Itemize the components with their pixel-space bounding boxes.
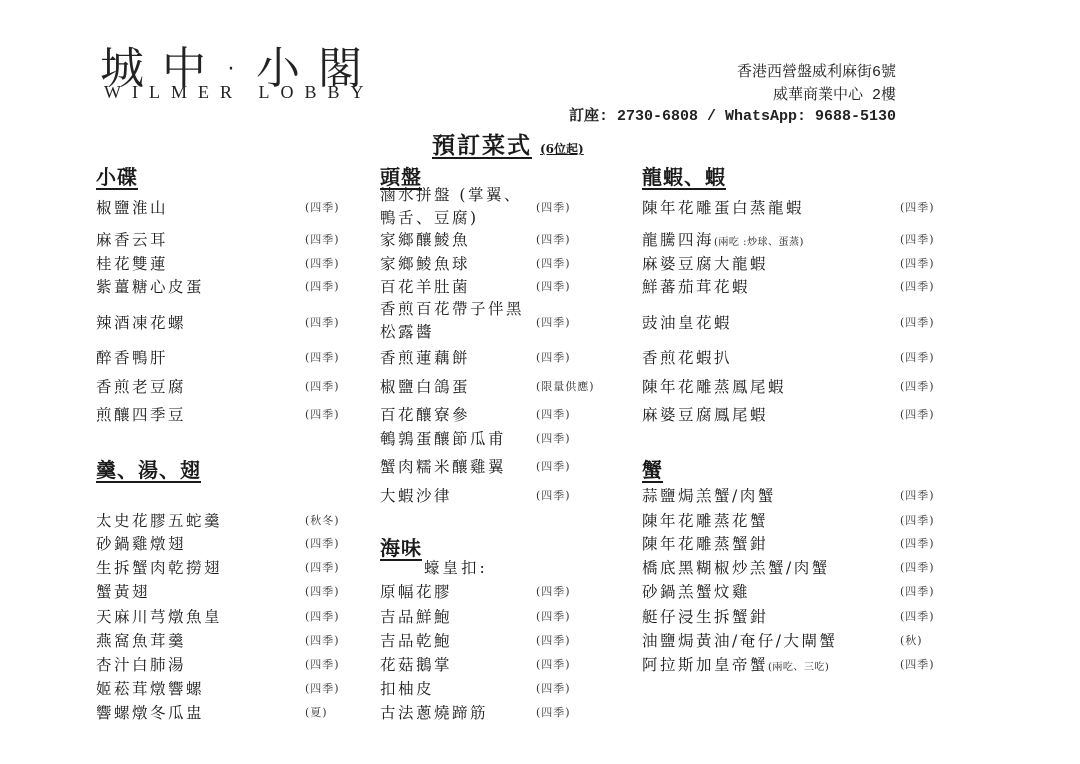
menu-item: 蟹肉糯米釀雞翼 [380, 455, 506, 477]
season-tag: (四季) [900, 608, 935, 624]
season-tag: (四季) [900, 314, 935, 330]
item-note: (兩吃、三吃) [768, 662, 829, 673]
season-tag: (四季) [305, 680, 340, 696]
menu-item: 香煎老豆腐 [96, 375, 186, 397]
season-tag: (四季) [536, 583, 571, 599]
season-tag: (四季) [536, 278, 571, 294]
season-tag: (秋) [900, 632, 923, 648]
section-heading-lobster-prawn: 龍蝦、蝦 [642, 161, 726, 190]
season-tag: (四季) [900, 512, 935, 528]
season-tag: (四季) [900, 406, 935, 422]
menu-item: 龍騰四海(兩吃 :炒球、蛋蒸) [642, 228, 804, 250]
menu-item: 太史花膠五蛇羹 [96, 509, 222, 531]
season-tag: (四季) [305, 199, 340, 215]
season-tag: (四季) [305, 608, 340, 624]
season-tag: (四季) [900, 199, 935, 215]
menu-item: 生拆蟹肉乾撈翅 [96, 556, 222, 578]
season-tag: (四季) [536, 231, 571, 247]
season-tag: (四季) [536, 199, 571, 215]
address-line-2: 威華商業中心 2樓 [773, 83, 896, 104]
season-tag: (四季) [536, 656, 571, 672]
season-tag: (四季) [536, 704, 571, 720]
season-tag: (四季) [305, 583, 340, 599]
season-tag: (四季) [536, 632, 571, 648]
season-tag: (四季) [900, 535, 935, 551]
season-tag: (四季) [536, 314, 571, 330]
menu-item: 阿拉斯加皇帝蟹(兩吃、三吃) [642, 653, 829, 675]
menu-item: 扣柚皮 [380, 677, 434, 699]
logo-english: WILMER LOBBY [104, 82, 375, 103]
season-tag: (四季) [305, 632, 340, 648]
menu-title: 預訂菜式(6位起) [432, 127, 584, 160]
menu-item: 醉香鴨肝 [96, 346, 168, 368]
menu-item: 響螺燉冬瓜盅 [96, 701, 204, 723]
menu-item: 大蝦沙律 [380, 484, 452, 506]
menu-item: 天麻川芎燉魚皇 [96, 605, 222, 627]
menu-item: 陳年花雕蒸花蟹 [642, 509, 768, 531]
menu-item: 紫薑糖心皮蛋 [96, 275, 204, 297]
season-tag: (四季) [900, 559, 935, 575]
menu-item: 豉油皇花蝦 [642, 311, 732, 333]
season-tag: (四季) [305, 559, 340, 575]
menu-item: 姬菘茸燉響螺 [96, 677, 204, 699]
menu-item: 香煎蓮藕餅 [380, 346, 470, 368]
season-tag: (四季) [536, 430, 571, 446]
section-heading-crab: 蟹 [642, 454, 663, 483]
menu-item: 家鄉鯪魚球 [380, 252, 470, 274]
address-line-1: 香港西營盤威利麻街6號 [737, 60, 896, 81]
menu-item: 燕窩魚茸羹 [96, 629, 186, 651]
menu-item: 辣酒凍花螺 [96, 311, 186, 333]
season-tag: (四季) [900, 583, 935, 599]
menu-item: 桂花雙蓮 [96, 252, 168, 274]
menu-item: 蟹黃翅 [96, 580, 150, 602]
menu-item: 古法蔥燒蹄筋 [380, 701, 488, 723]
contact-line: 訂座: 2730-6808 / WhatsApp: 9688-5130 [569, 104, 896, 125]
menu-item: 砂鍋雞燉翅 [96, 532, 186, 554]
season-tag: (限量供應) [536, 378, 595, 394]
season-tag: (四季) [305, 406, 340, 422]
menu-title-sub: (6位起) [540, 142, 584, 156]
section-heading-soups: 羹、湯、翅 [96, 454, 201, 483]
menu-item: 香煎花蝦扒 [642, 346, 732, 368]
menu-item: 椒鹽淮山 [96, 196, 168, 218]
season-tag: (四季) [536, 349, 571, 365]
season-tag: (四季) [305, 378, 340, 394]
season-tag: (夏) [305, 704, 328, 720]
menu-item: 滷水拼盤 (掌翼、鴨舌、豆腐) [380, 184, 530, 230]
menu-item: 煎釀四季豆 [96, 403, 186, 425]
season-tag: (四季) [305, 535, 340, 551]
menu-item: 陳年花雕蛋白蒸龍蝦 [642, 196, 804, 218]
menu-item: 陳年花雕蒸蟹鉗 [642, 532, 768, 554]
season-tag: (四季) [305, 349, 340, 365]
section-heading-dried-seafood: 海味 [380, 532, 422, 561]
season-tag: (四季) [536, 458, 571, 474]
season-tag: (四季) [900, 656, 935, 672]
menu-item: 麻婆豆腐鳳尾蝦 [642, 403, 768, 425]
menu-item: 杏汁白肺湯 [96, 653, 186, 675]
season-tag: (四季) [536, 406, 571, 422]
menu-title-main: 預訂菜式 [432, 132, 532, 159]
season-tag: (四季) [305, 255, 340, 271]
season-tag: (四季) [536, 608, 571, 624]
season-tag: (四季) [305, 656, 340, 672]
season-tag: (四季) [900, 487, 935, 503]
menu-item: 蒜鹽焗羔蟹/肉蟹 [642, 484, 776, 506]
season-tag: (四季) [305, 231, 340, 247]
menu-item: 橋底黑糊椒炒羔蟹/肉蟹 [642, 556, 830, 578]
menu-item: 砂鍋羔蟹炆雞 [642, 580, 750, 602]
menu-item: 陳年花雕蒸鳳尾蝦 [642, 375, 786, 397]
season-tag: (四季) [900, 255, 935, 271]
oyster-sauce-braised-label: 蠔皇扣: [424, 556, 488, 578]
menu-item: 麻婆豆腐大龍蝦 [642, 252, 768, 274]
season-tag: (四季) [900, 378, 935, 394]
season-tag: (四季) [536, 487, 571, 503]
item-note: (兩吃 :炒球、蛋蒸) [714, 237, 804, 248]
menu-item: 百花釀寮參 [380, 403, 470, 425]
season-tag: (四季) [900, 231, 935, 247]
menu-item: 椒鹽白鴿蛋 [380, 375, 470, 397]
menu-item: 吉品乾鮑 [380, 629, 452, 651]
season-tag: (四季) [900, 349, 935, 365]
menu-item: 吉品鮮鮑 [380, 605, 452, 627]
section-heading-small-plates: 小碟 [96, 161, 138, 190]
menu-item: 家鄉釀鯪魚 [380, 228, 470, 250]
season-tag: (四季) [305, 278, 340, 294]
menu-item: 花菇鵝掌 [380, 653, 452, 675]
menu-item: 百花羊肚菌 [380, 275, 470, 297]
season-tag: (四季) [536, 680, 571, 696]
menu-item: 艇仔浸生拆蟹鉗 [642, 605, 768, 627]
season-tag: (四季) [536, 255, 571, 271]
menu-item: 油鹽焗黃油/奄仔/大閘蟹 [642, 629, 837, 651]
menu-item: 鮮蕃茄茸花蝦 [642, 275, 750, 297]
menu-item: 原幅花膠 [380, 580, 452, 602]
season-tag: (四季) [305, 314, 340, 330]
season-tag: (秋冬) [305, 512, 340, 528]
menu-item: 麻香云耳 [96, 228, 168, 250]
menu-item: 香煎百花帶子伴黑松露醬 [380, 298, 530, 344]
menu-item: 鵪鶉蛋釀節瓜甫 [380, 427, 506, 449]
season-tag: (四季) [900, 278, 935, 294]
